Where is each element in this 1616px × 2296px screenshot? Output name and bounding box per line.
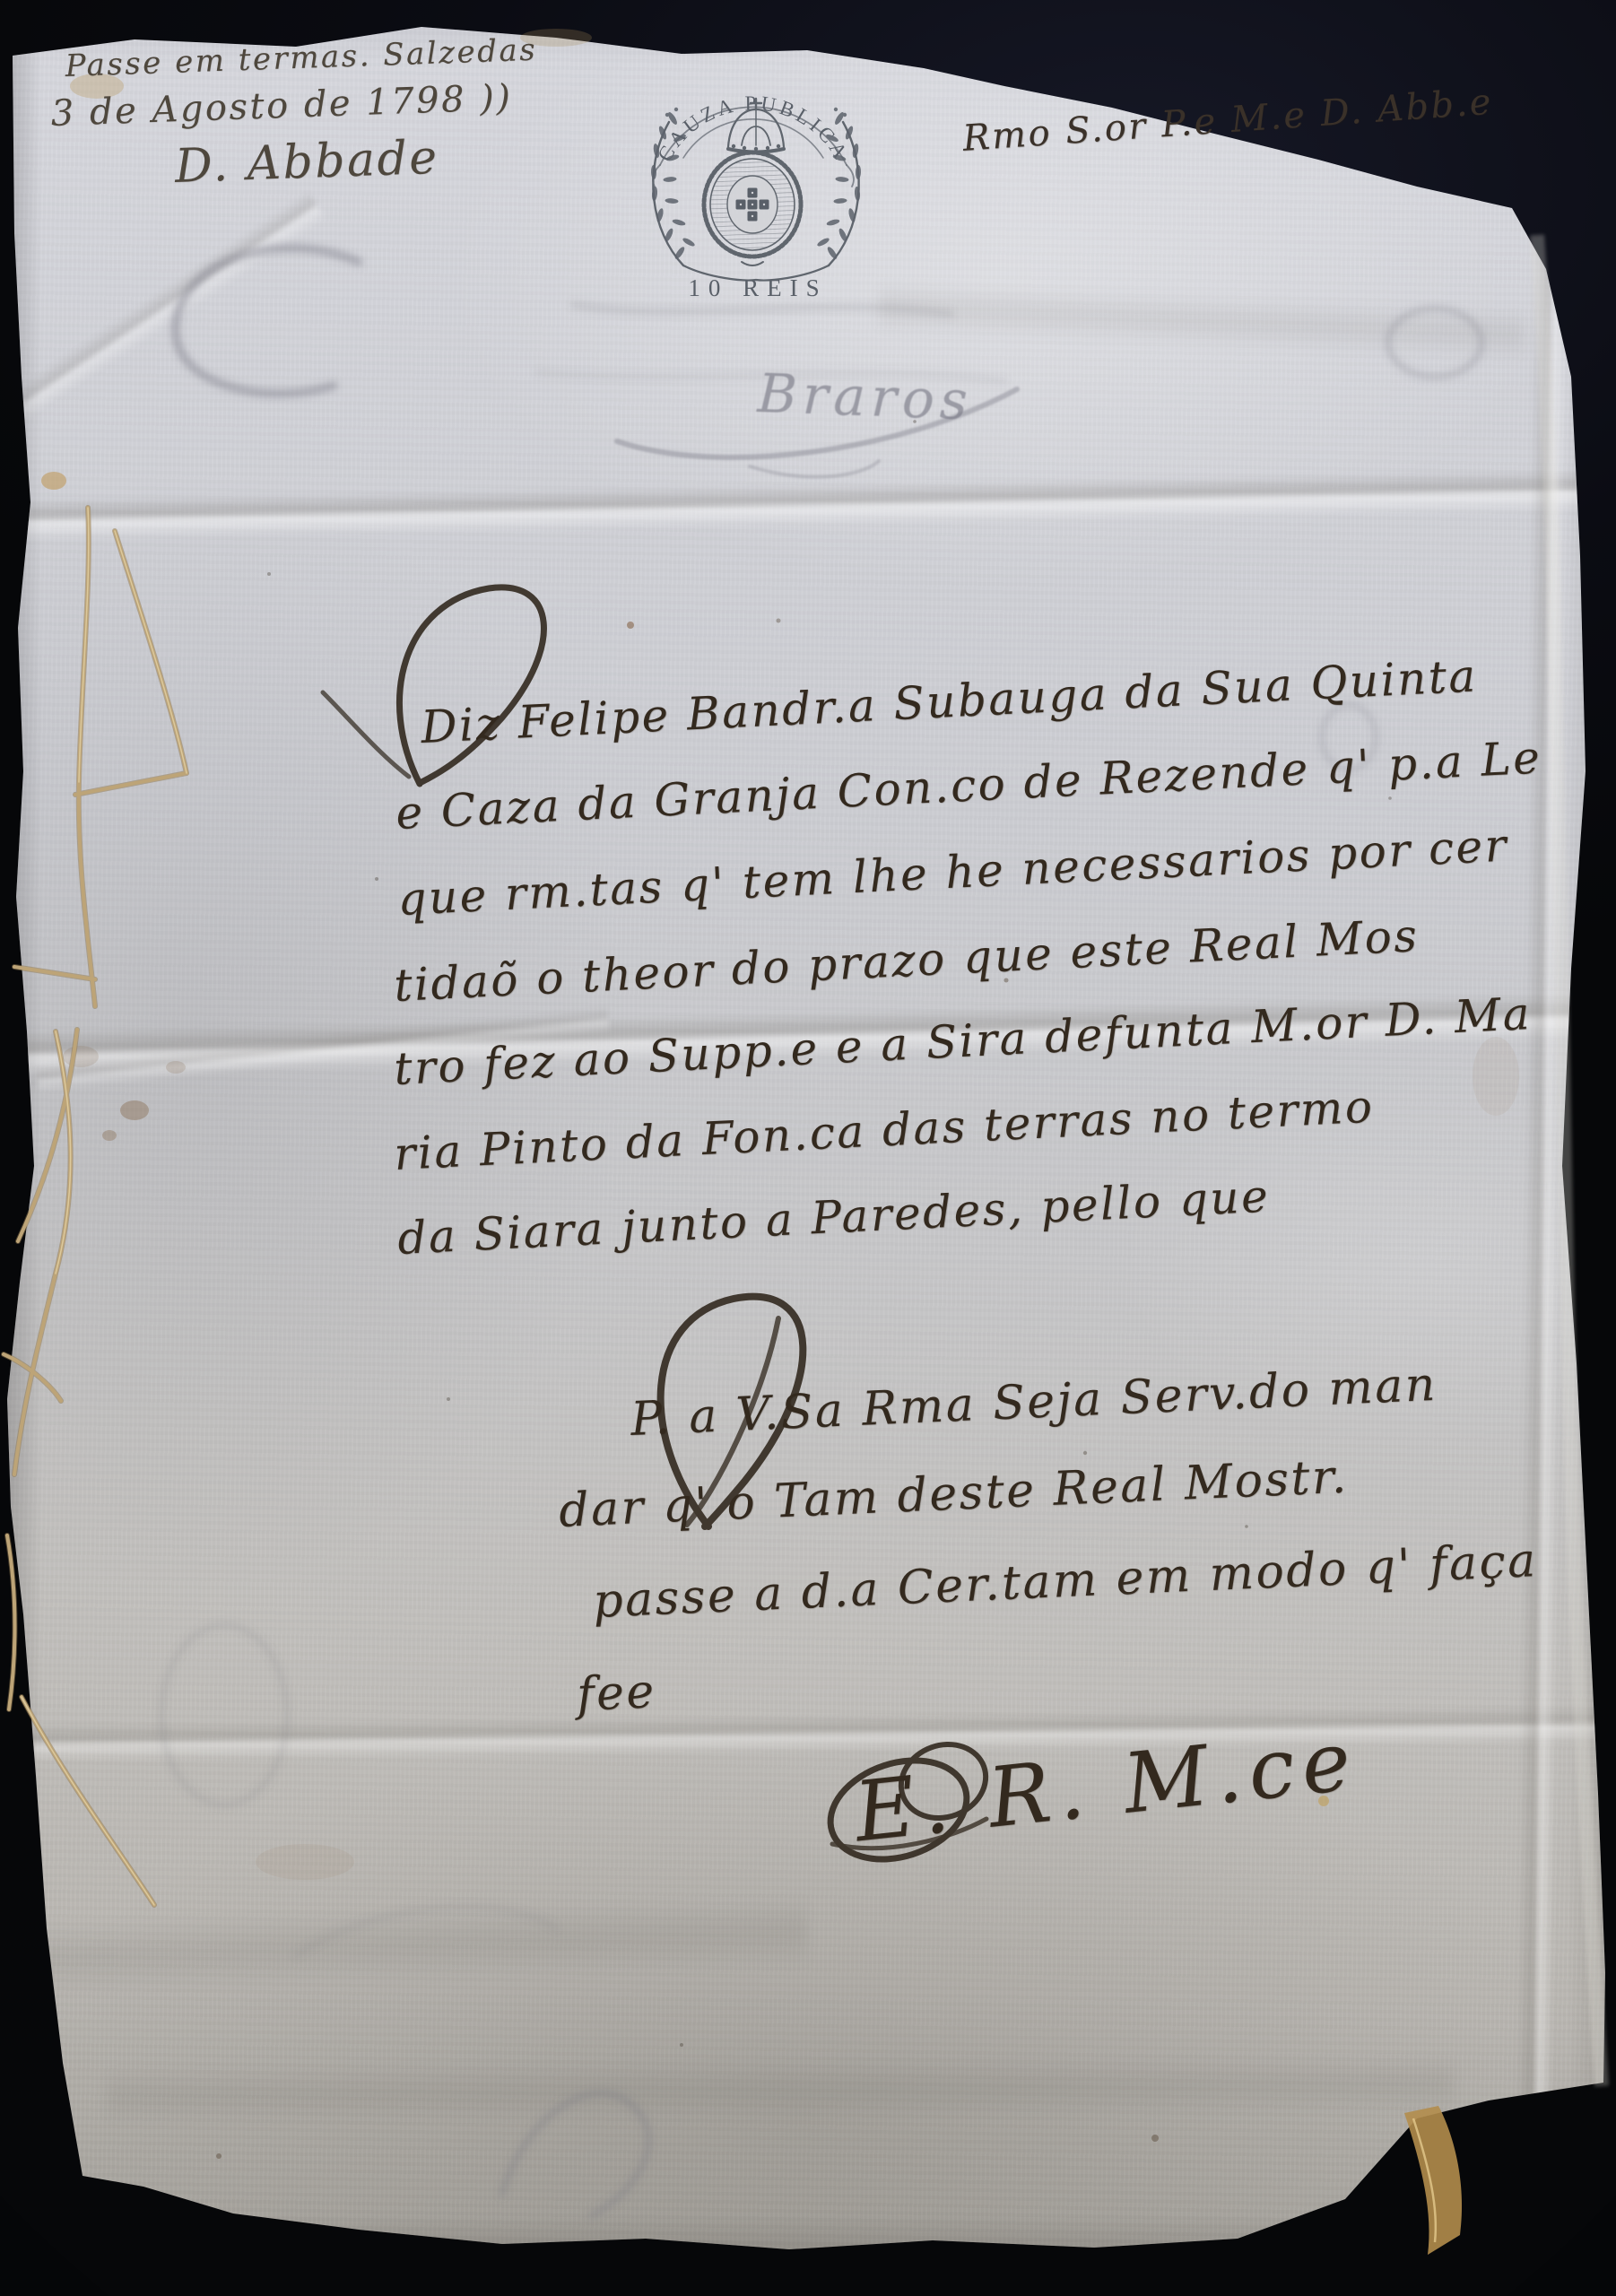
- margin-note-line-3: D. Abbade: [174, 131, 440, 194]
- under-page-corner: [1404, 2106, 1462, 2255]
- photo-of-manuscript: CAUZA PUBLICA: [0, 0, 1616, 2296]
- petition-line-4: fee: [576, 1665, 657, 1722]
- pencil-inscription: Braros: [757, 362, 974, 432]
